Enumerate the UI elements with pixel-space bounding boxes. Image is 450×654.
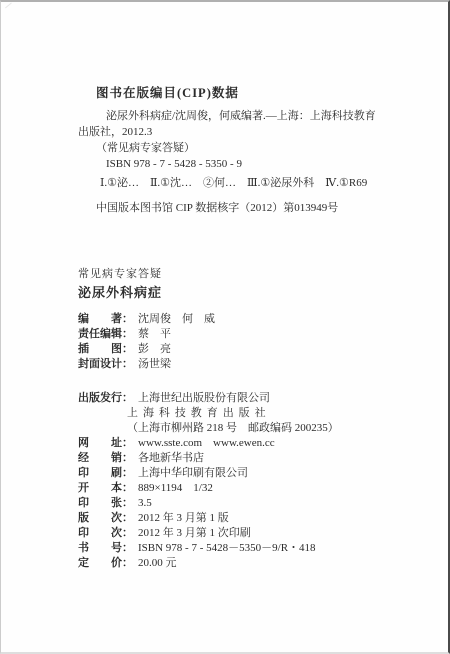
pub-value: ISBN 978 - 7 - 5428－5350－9/R・418 <box>138 541 316 556</box>
credit-value: 彭 亮 <box>138 342 171 357</box>
label-colon: ： <box>122 481 133 496</box>
label-colon: ： <box>122 541 133 556</box>
pub-label: 版次 <box>78 511 122 526</box>
publisher-address-row: （上海市柳州路 218 号 邮政编码 200235） <box>78 421 418 436</box>
label-colon: ： <box>122 327 133 342</box>
page-content: 图书在版编目(CIP)数据 泌尿外科病症/沈周俊，何威编著.—上海：上海科技教育… <box>78 85 418 571</box>
publisher-imprint: 上海科技教育出版社 <box>127 406 271 421</box>
credit-value: 汤世梁 <box>138 357 171 372</box>
pub-row-website: 网址：www.sste.com www.ewen.cc <box>78 436 418 451</box>
pub-value: 各地新华书店 <box>138 451 204 466</box>
label-colon: ： <box>122 496 133 511</box>
label-colon: ： <box>122 451 133 466</box>
label-colon: ： <box>122 526 133 541</box>
pub-value: 3.5 <box>138 496 152 511</box>
pub-value: 2012 年 3 月第 1 版 <box>138 511 229 526</box>
publisher-name: 上海世纪出版股份有限公司 <box>138 391 270 406</box>
cip-entry-line1: 泌尿外科病症/沈周俊，何威编著.—上海：上海科技教育 <box>106 108 418 124</box>
pub-row-price: 定价：20.00 元 <box>78 556 418 571</box>
pub-row-book-number: 书号：ISBN 978 - 7 - 5428－5350－9/R・418 <box>78 541 418 556</box>
credit-row-author: 编著：沈周俊 何 威 <box>78 312 418 327</box>
credit-row-editor: 责任编辑：蔡 平 <box>78 327 418 342</box>
book-title: 泌尿外科病症 <box>78 285 418 301</box>
pub-label: 书号 <box>78 541 122 556</box>
pub-row-printer: 印刷：上海中华印刷有限公司 <box>78 466 418 481</box>
pub-row-distributor: 经销：各地新华书店 <box>78 451 418 466</box>
credit-label: 责任编辑 <box>78 327 122 342</box>
credit-label: 编著 <box>78 312 122 327</box>
pub-value: 20.00 元 <box>138 556 177 571</box>
cip-entry-line2: 出版社，2012.3 <box>78 124 418 140</box>
pub-value: 889×1194 1/32 <box>138 481 213 496</box>
cip-classification: Ⅰ.①泌… Ⅱ.①沈… ②何… Ⅲ.①泌尿外科 Ⅳ.①R69 <box>100 175 418 191</box>
pub-row-sheets: 印张：3.5 <box>78 496 418 511</box>
pub-value: 上海中华印刷有限公司 <box>138 466 248 481</box>
label-colon: ： <box>122 342 133 357</box>
pub-row-format: 开本：889×1194 1/32 <box>78 481 418 496</box>
cip-series-note: （常见病专家答疑） <box>96 140 418 156</box>
credits-block: 编著：沈周俊 何 威 责任编辑：蔡 平 插图：彭 亮 封面设计：汤世梁 <box>78 312 418 372</box>
label-colon: ： <box>122 556 133 571</box>
label-colon: ： <box>122 466 133 481</box>
credit-value: 蔡 平 <box>138 327 171 342</box>
label-colon: ： <box>122 312 133 327</box>
cip-record-number: 中国版本图书馆 CIP 数据核字（2012）第013949号 <box>96 200 418 216</box>
pub-row-edition: 版次：2012 年 3 月第 1 版 <box>78 511 418 526</box>
pub-label: 印次 <box>78 526 122 541</box>
pub-label: 网址 <box>78 436 122 451</box>
pub-label: 经销 <box>78 451 122 466</box>
publisher-row-2: 上海科技教育出版社 <box>78 406 418 421</box>
cip-block: 图书在版编目(CIP)数据 泌尿外科病症/沈周俊，何威编著.—上海：上海科技教育… <box>78 85 418 216</box>
credit-value: 沈周俊 何 威 <box>138 312 215 327</box>
cip-heading: 图书在版编目(CIP)数据 <box>96 85 418 101</box>
label-colon: ： <box>122 391 133 406</box>
publisher-row: 出版发行：上海世纪出版股份有限公司 <box>78 391 418 406</box>
pub-label: 开本 <box>78 481 122 496</box>
pub-label: 印刷 <box>78 466 122 481</box>
credit-row-illustrator: 插图：彭 亮 <box>78 342 418 357</box>
label-colon: ： <box>122 511 133 526</box>
scan-corner-artifact <box>5 2 17 14</box>
pub-value: 2012 年 3 月第 1 次印刷 <box>138 526 251 541</box>
label-colon: ： <box>122 357 133 372</box>
pub-row-impression: 印次：2012 年 3 月第 1 次印刷 <box>78 526 418 541</box>
credit-label: 封面设计 <box>78 357 122 372</box>
publisher-label: 出版发行 <box>78 391 122 406</box>
publisher-address: （上海市柳州路 218 号 邮政编码 200235） <box>127 421 339 436</box>
colophon-page: 图书在版编目(CIP)数据 泌尿外科病症/沈周俊，何威编著.—上海：上海科技教育… <box>0 0 450 654</box>
publishing-block: 出版发行：上海世纪出版股份有限公司 上海科技教育出版社 （上海市柳州路 218 … <box>78 391 418 571</box>
label-colon: ： <box>122 436 133 451</box>
pub-value: www.sste.com www.ewen.cc <box>138 436 275 451</box>
cip-isbn: ISBN 978 - 7 - 5428 - 5350 - 9 <box>106 156 418 172</box>
series-title: 常见病专家答疑 <box>78 266 418 282</box>
credit-row-cover-designer: 封面设计：汤世梁 <box>78 357 418 372</box>
pub-label: 印张 <box>78 496 122 511</box>
pub-label: 定价 <box>78 556 122 571</box>
credit-label: 插图 <box>78 342 122 357</box>
